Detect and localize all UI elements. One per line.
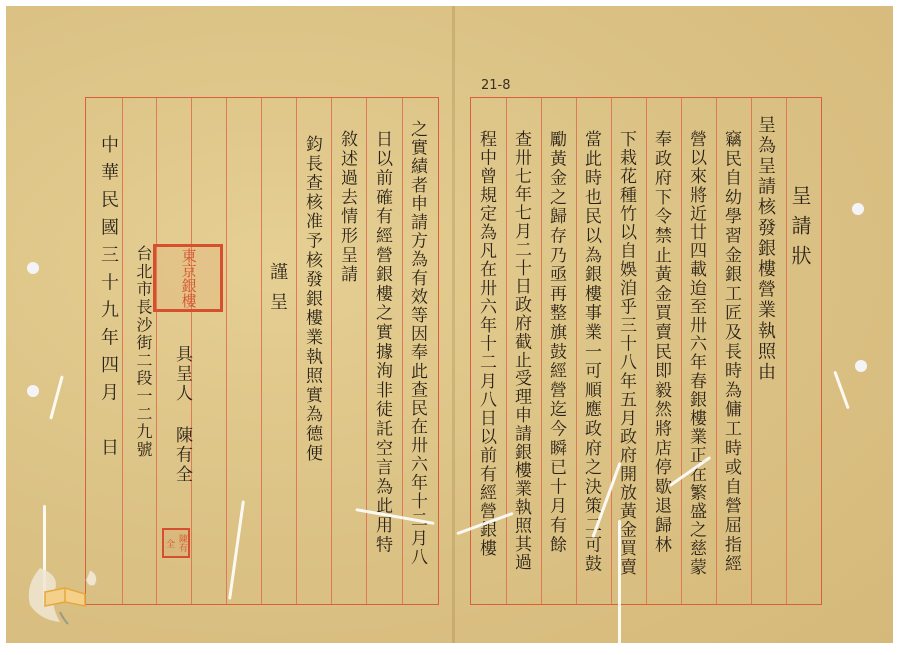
rule-line xyxy=(261,98,262,604)
text-column: 之實績者申請方為有效等因奉此查民在卅六年十二月八 xyxy=(408,120,425,566)
rule-line xyxy=(611,98,612,604)
text-column: 竊民自幼學習金銀工匠及長時為傭工時或自營屈指經 xyxy=(722,130,739,574)
rule-line xyxy=(751,98,752,604)
text-column: 敘述過去情形呈請 xyxy=(338,130,355,284)
rule-line xyxy=(226,98,227,604)
text-column: 下栽花種竹以自娛洎乎三十八年五月政府開放黃金買賣 xyxy=(617,130,634,576)
binding-hole xyxy=(855,360,867,372)
binding-hole xyxy=(27,385,39,397)
rule-line xyxy=(122,98,123,604)
petitioner-address: 台北市長沙街二段一二九號 xyxy=(135,245,151,459)
closing-salutation: 謹呈 xyxy=(268,262,286,322)
rule-line xyxy=(716,98,717,604)
text-column: 日以前確有經營銀樓之實據洵非徒託空言為此用特 xyxy=(373,130,390,555)
rule-line xyxy=(296,98,297,604)
rule-line xyxy=(646,98,647,604)
text-column: 鈞長查核准予核發銀樓業執照實為德便 xyxy=(303,135,320,463)
text-column: 營以來將近廿四載迨至卅六年春銀樓業正在繁盛之慈蒙 xyxy=(687,130,704,576)
rule-line xyxy=(366,98,367,604)
rule-line xyxy=(576,98,577,604)
rule-line xyxy=(331,98,332,604)
document-title: 呈請狀 xyxy=(790,185,810,275)
rule-line xyxy=(402,98,403,604)
rule-line xyxy=(541,98,542,604)
text-column: 呈為呈請核發銀樓營業執照由 xyxy=(756,115,774,383)
page-fold xyxy=(452,6,455,643)
paper-crack xyxy=(618,520,621,645)
page-number: 21-8 xyxy=(481,78,511,93)
rule-line xyxy=(506,98,507,604)
text-column: 奉政府下令禁止黃金買賣民即毅然將店停歇退歸林 xyxy=(652,130,669,555)
binding-hole xyxy=(852,203,864,215)
shop-seal: 東京銀樓 xyxy=(153,244,223,312)
binding-hole xyxy=(27,262,39,274)
rule-line xyxy=(156,98,157,604)
personal-seal: 陳有全 xyxy=(162,528,190,558)
petitioner-name: 具呈人 陳有全 xyxy=(173,345,190,485)
text-column: 程中曾規定為凡在卅六年十二月八日以前有經營銀樓 xyxy=(477,130,494,558)
text-column: 勵黃金之歸存乃亟再整旗鼓經營迄今瞬已十月有餘 xyxy=(547,130,564,555)
text-column: 查卅七年七月二十日政府截止受理申請銀樓業執照其過 xyxy=(512,130,529,572)
rule-line xyxy=(786,98,787,604)
archive-logo-icon xyxy=(20,560,110,630)
text-column: 當此時也民以為銀樓事業一可順應政府之決策二可鼓 xyxy=(582,130,599,574)
document-date: 中華民國三十九年四月 日 xyxy=(99,135,117,465)
rule-line xyxy=(681,98,682,604)
